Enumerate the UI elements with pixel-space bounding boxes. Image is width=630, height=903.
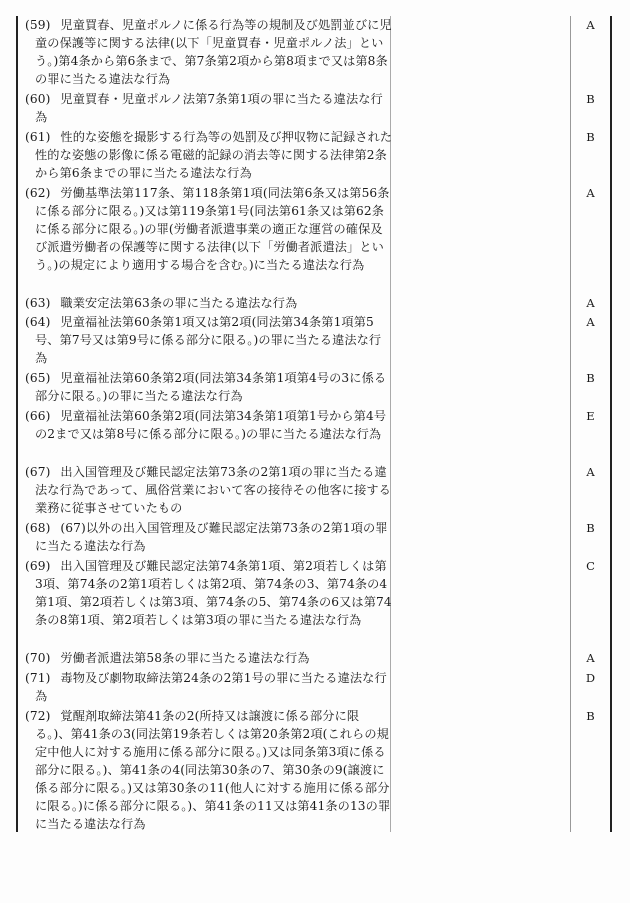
item-number: (66) (25, 409, 50, 423)
rating-grade: B (571, 519, 610, 537)
item-number: (71) (25, 671, 50, 685)
rating-grade: B (571, 128, 610, 146)
item-number: (65) (25, 371, 50, 385)
item-number: (60) (25, 92, 50, 106)
offense-description: (64)児童福祉法第60条第1項又は第2項(同法第34条第1項第5号、第7号又は… (25, 313, 393, 367)
rating-grade: D (571, 669, 610, 687)
table-row: (71)毒物及び劇物取締法第24条の2第1号の罪に当たる違法な行為D (16, 669, 612, 707)
table-row: (63)職業安定法第63条の罪に当たる違法な行為A (16, 294, 612, 314)
table-rows: (59)児童買春、児童ポルノに係る行為等の規制及び処罰並びに児童の保護等に関する… (16, 16, 612, 852)
item-text: 児童福祉法第60条第2項(同法第34条第1項第1号から第4号の2まで又は第8号に… (35, 409, 386, 441)
offense-description: (62)労働基準法第117条、第118条第1項(同法第6条又は第56条に係る部分… (25, 184, 393, 274)
table-row: (69)出入国管理及び難民認定法第74条第1項、第2項若しくは第3項、第74条の… (16, 557, 612, 649)
item-number: (61) (25, 130, 50, 144)
rating-grade: A (571, 294, 610, 312)
table-row: (59)児童買春、児童ポルノに係る行為等の規制及び処罰並びに児童の保護等に関する… (16, 16, 612, 90)
item-number: (72) (25, 709, 50, 723)
table-row: (62)労働基準法第117条、第118条第1項(同法第6条又は第56条に係る部分… (16, 184, 612, 294)
item-text: 労働基準法第117条、第118条第1項(同法第6条又は第56条に係る部分に限る。… (35, 186, 390, 272)
rating-grade: A (571, 649, 610, 667)
item-text: 児童福祉法第60条第1項又は第2項(同法第34条第1項第5号、第7号又は第9号に… (35, 315, 381, 365)
item-number: (70) (25, 651, 50, 665)
item-number: (62) (25, 186, 50, 200)
item-number: (59) (25, 18, 50, 32)
offense-description: (69)出入国管理及び難民認定法第74条第1項、第2項若しくは第3項、第74条の… (25, 557, 393, 629)
offense-description: (59)児童買春、児童ポルノに係る行為等の規制及び処罰並びに児童の保護等に関する… (25, 16, 393, 88)
item-number: (63) (25, 296, 50, 310)
item-text: 児童買春、児童ポルノに係る行為等の規制及び処罰並びに児童の保護等に関する法律(以… (35, 18, 392, 86)
rating-grade: B (571, 90, 610, 108)
item-text: 労働者派遣法第58条の罪に当たる違法な行為 (60, 651, 309, 665)
offense-description: (66)児童福祉法第60条第2項(同法第34条第1項第1号から第4号の2まで又は… (25, 407, 393, 443)
item-text: 性的な姿態を撮影する行為等の処罰及び押収物に記録された性的な姿態の影像に係る電磁… (35, 130, 392, 180)
table-row: (64)児童福祉法第60条第1項又は第2項(同法第34条第1項第5号、第7号又は… (16, 313, 612, 369)
item-number: (68) (25, 521, 50, 535)
table-row: (70)労働者派遣法第58条の罪に当たる違法な行為A (16, 649, 612, 669)
table-row: (66)児童福祉法第60条第2項(同法第34条第1項第1号から第4号の2まで又は… (16, 407, 612, 463)
rating-grade: B (571, 369, 610, 387)
rating-grade: C (571, 557, 610, 575)
item-text: (67)以外の出入国管理及び難民認定法第73条の2第1項の罪に当たる違法な行為 (35, 521, 388, 553)
item-text: 職業安定法第63条の罪に当たる違法な行為 (60, 296, 297, 310)
table-row: (68)(67)以外の出入国管理及び難民認定法第73条の2第1項の罪に当たる違法… (16, 519, 612, 557)
table-row: (61)性的な姿態を撮影する行為等の処罰及び押収物に記録された性的な姿態の影像に… (16, 128, 612, 184)
item-number: (69) (25, 559, 50, 573)
item-text: 覚醒剤取締法第41条の2(所持又は譲渡に係る部分に限る。)、第41条の3(同法第… (35, 709, 390, 831)
item-text: 児童福祉法第60条第2項(同法第34条第1項第4号の3に係る部分に限る。)の罪に… (35, 371, 386, 403)
offense-description: (65)児童福祉法第60条第2項(同法第34条第1項第4号の3に係る部分に限る。… (25, 369, 393, 405)
table-row: (72)覚醒剤取締法第41条の2(所持又は譲渡に係る部分に限る。)、第41条の3… (16, 707, 612, 853)
rating-grade: A (571, 16, 610, 34)
offense-description: (67)出入国管理及び難民認定法第73条の2第1項の罪に当たる違法な行為であって… (25, 463, 393, 517)
offense-description: (72)覚醒剤取締法第41条の2(所持又は譲渡に係る部分に限る。)、第41条の3… (25, 707, 393, 833)
item-text: 毒物及び劇物取締法第24条の2第1号の罪に当たる違法な行為 (35, 671, 387, 703)
item-text: 出入国管理及び難民認定法第74条第1項、第2項若しくは第3項、第74条の2第1項… (35, 559, 392, 627)
offense-description: (60)児童買春・児童ポルノ法第7条第1項の罪に当たる違法な行為 (25, 90, 393, 126)
table-row: (67)出入国管理及び難民認定法第73条の2第1項の罪に当たる違法な行為であって… (16, 463, 612, 519)
table-row: (60)児童買春・児童ポルノ法第7条第1項の罪に当たる違法な行為B (16, 90, 612, 128)
offense-description: (63)職業安定法第63条の罪に当たる違法な行為 (25, 294, 393, 312)
offense-table: (59)児童買春、児童ポルノに係る行為等の規制及び処罰並びに児童の保護等に関する… (16, 16, 612, 832)
item-number: (64) (25, 315, 50, 329)
offense-description: (61)性的な姿態を撮影する行為等の処罰及び押収物に記録された性的な姿態の影像に… (25, 128, 393, 182)
rating-grade: A (571, 184, 610, 202)
item-number: (67) (25, 465, 50, 479)
rating-grade: A (571, 463, 610, 481)
offense-description: (68)(67)以外の出入国管理及び難民認定法第73条の2第1項の罪に当たる違法… (25, 519, 393, 555)
offense-description: (70)労働者派遣法第58条の罪に当たる違法な行為 (25, 649, 393, 667)
item-text: 児童買春・児童ポルノ法第7条第1項の罪に当たる違法な行為 (35, 92, 383, 124)
offense-description: (71)毒物及び劇物取締法第24条の2第1号の罪に当たる違法な行為 (25, 669, 393, 705)
rating-grade: B (571, 707, 610, 725)
rating-grade: E (571, 407, 610, 425)
item-text: 出入国管理及び難民認定法第73条の2第1項の罪に当たる違法な行為であって、風俗営… (35, 465, 391, 515)
rating-grade: A (571, 313, 610, 331)
table-row: (65)児童福祉法第60条第2項(同法第34条第1項第4号の3に係る部分に限る。… (16, 369, 612, 407)
